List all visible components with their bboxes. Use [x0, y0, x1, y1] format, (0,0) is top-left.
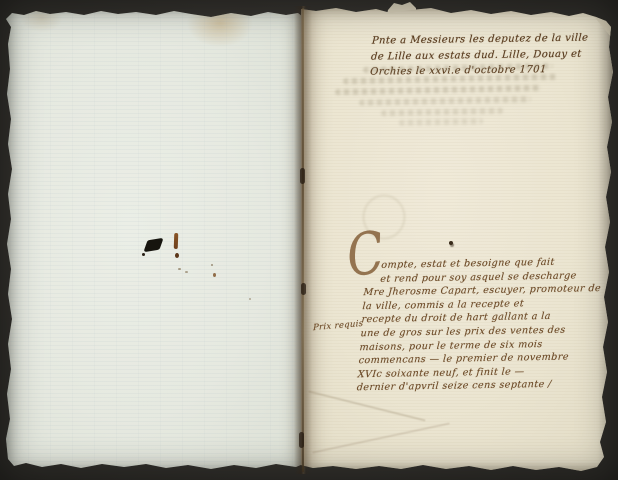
- ink-speck: [213, 273, 216, 277]
- deckle-edge-bottom: [301, 462, 613, 474]
- ink-blot-satellite: [142, 253, 145, 256]
- bleedthrough-text: [359, 96, 531, 106]
- deckle-edge-right: [598, 7, 613, 474]
- brown-ink-dot: [175, 253, 179, 258]
- body-text: ompte, estat et besoigne que fait et ren…: [356, 255, 615, 395]
- ink-speck: [211, 264, 213, 266]
- ink-speck: [249, 298, 251, 300]
- ink-speck: [178, 268, 181, 270]
- left-page: [6, 9, 303, 470]
- bleedthrough-text: [381, 108, 503, 117]
- margin-note: Prix requis: [313, 319, 363, 333]
- ink-speck: [449, 241, 453, 245]
- header-annotation: Pnte a Messieurs les deputez de la ville…: [370, 30, 603, 80]
- bleedthrough-text: [399, 118, 483, 126]
- brown-ink-stroke: [174, 233, 179, 249]
- manuscript-scan: Pnte a Messieurs les deputez de la ville…: [0, 0, 618, 480]
- paper-crease: [309, 391, 426, 422]
- header-line: Orchies le xxvi.e d'octobre 1701: [370, 61, 601, 80]
- paper-crease: [312, 422, 449, 453]
- right-page: Pnte a Messieurs les deputez de la ville…: [301, 7, 613, 474]
- header-line: de Lille aux estats dud. Lille, Douay et: [371, 46, 602, 65]
- ink-speck: [185, 271, 188, 273]
- black-ink-blot: [143, 238, 163, 252]
- bleedthrough-text: [335, 85, 541, 95]
